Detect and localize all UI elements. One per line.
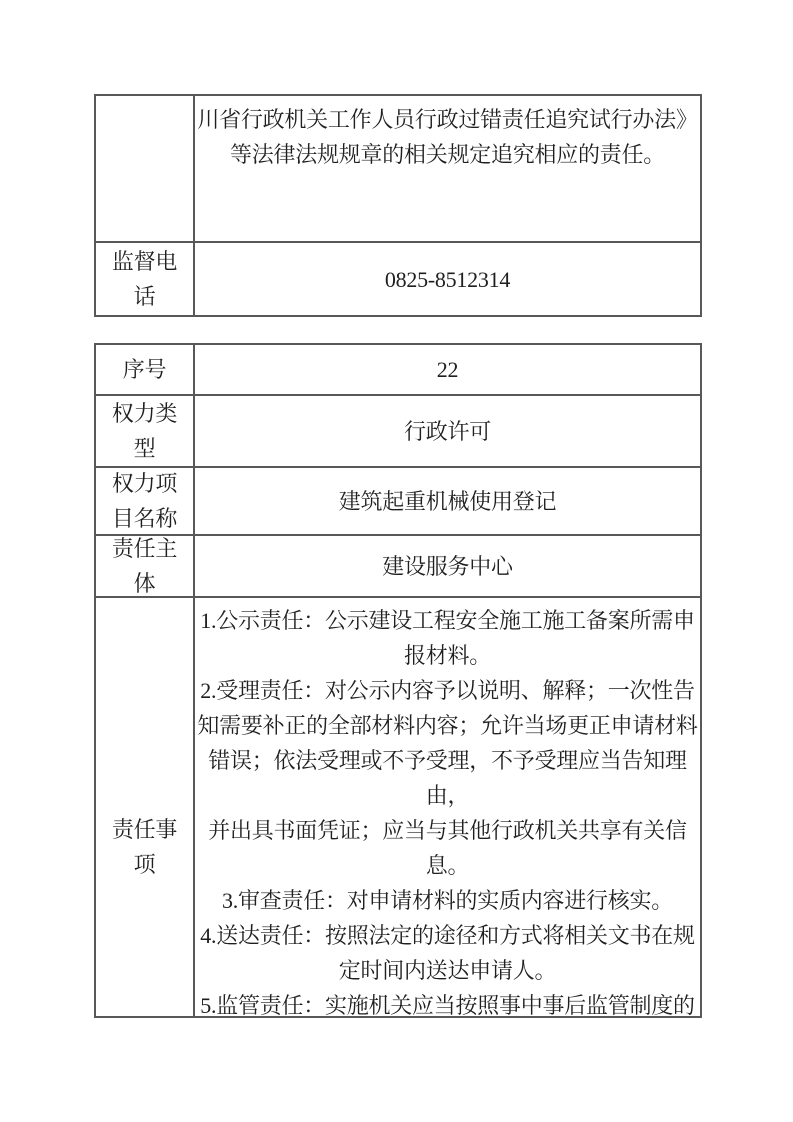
table-row-responsibility-items: 责任事项 1.公示责任：公示建设工程安全施工施工备案所需申 报材料。 2.受理责… <box>96 596 700 1018</box>
responsible-body-value: 建设服务中心 <box>195 536 700 596</box>
supervision-phone-value: 0825-8512314 <box>195 243 700 315</box>
table-row-supervision-phone: 监督电话 0825-8512314 <box>96 241 700 315</box>
table-row-power-project-name: 权力项目名称 建筑起重机械使用登记 <box>96 466 700 534</box>
responsibility-paragraph-review: 3.审查责任：对申请材料的实质内容进行核实。 <box>196 883 699 918</box>
table-row-serial-number: 序号 22 <box>96 345 700 394</box>
responsibility-items-label: 责任事项 <box>96 598 195 1018</box>
responsibility-paragraph-publicity: 1.公示责任：公示建设工程安全施工施工备案所需申 报材料。 <box>196 603 699 673</box>
responsible-body-label: 责任主体 <box>96 536 195 596</box>
responsibility-paragraph-supervision: 5.监管责任：实施机关应当按照事中事后监管制度的 要求对建设工程质量监督；应当将… <box>196 988 699 1018</box>
serial-number-label: 序号 <box>96 345 195 394</box>
row-label-empty <box>96 96 195 241</box>
power-project-name-value: 建筑起重机械使用登记 <box>195 468 700 534</box>
power-type-value: 行政许可 <box>195 396 700 466</box>
responsibility-paragraph-delivery: 4.送达责任：按照法定的途径和方式将相关文书在规 定时间内送达申请人。 <box>196 918 699 988</box>
serial-number-value: 22 <box>195 345 700 394</box>
table-row-continuation: 川省行政机关工作人员行政过错责任追究试行办法》 等法律法规规章的相关规定追究相应… <box>96 96 700 241</box>
continuation-text-cell: 川省行政机关工作人员行政过错责任追究试行办法》 等法律法规规章的相关规定追究相应… <box>195 96 700 241</box>
document-page: 川省行政机关工作人员行政过错责任追究试行办法》 等法律法规规章的相关规定追究相应… <box>0 0 793 1122</box>
power-project-name-label: 权力项目名称 <box>96 468 195 534</box>
supervision-phone-label: 监督电话 <box>96 243 195 315</box>
continuation-table: 川省行政机关工作人员行政过错责任追究试行办法》 等法律法规规章的相关规定追究相应… <box>94 94 702 317</box>
continuation-text: 川省行政机关工作人员行政过错责任追究试行办法》 等法律法规规章的相关规定追究相应… <box>197 102 697 172</box>
responsibility-paragraph-acceptance: 2.受理责任：对公示内容予以说明、解释；一次性告 知需要补正的全部材料内容；允许… <box>196 673 699 883</box>
power-type-label: 权力类型 <box>96 396 195 466</box>
table-row-responsible-body: 责任主体 建设服务中心 <box>96 534 700 596</box>
table-row-power-type: 权力类型 行政许可 <box>96 394 700 466</box>
power-item-table: 序号 22 权力类型 行政许可 权力项目名称 建筑起重机械使用登记 责任主体 建… <box>94 343 702 1018</box>
responsibility-items-cell: 1.公示责任：公示建设工程安全施工施工备案所需申 报材料。 2.受理责任：对公示… <box>195 598 700 1018</box>
